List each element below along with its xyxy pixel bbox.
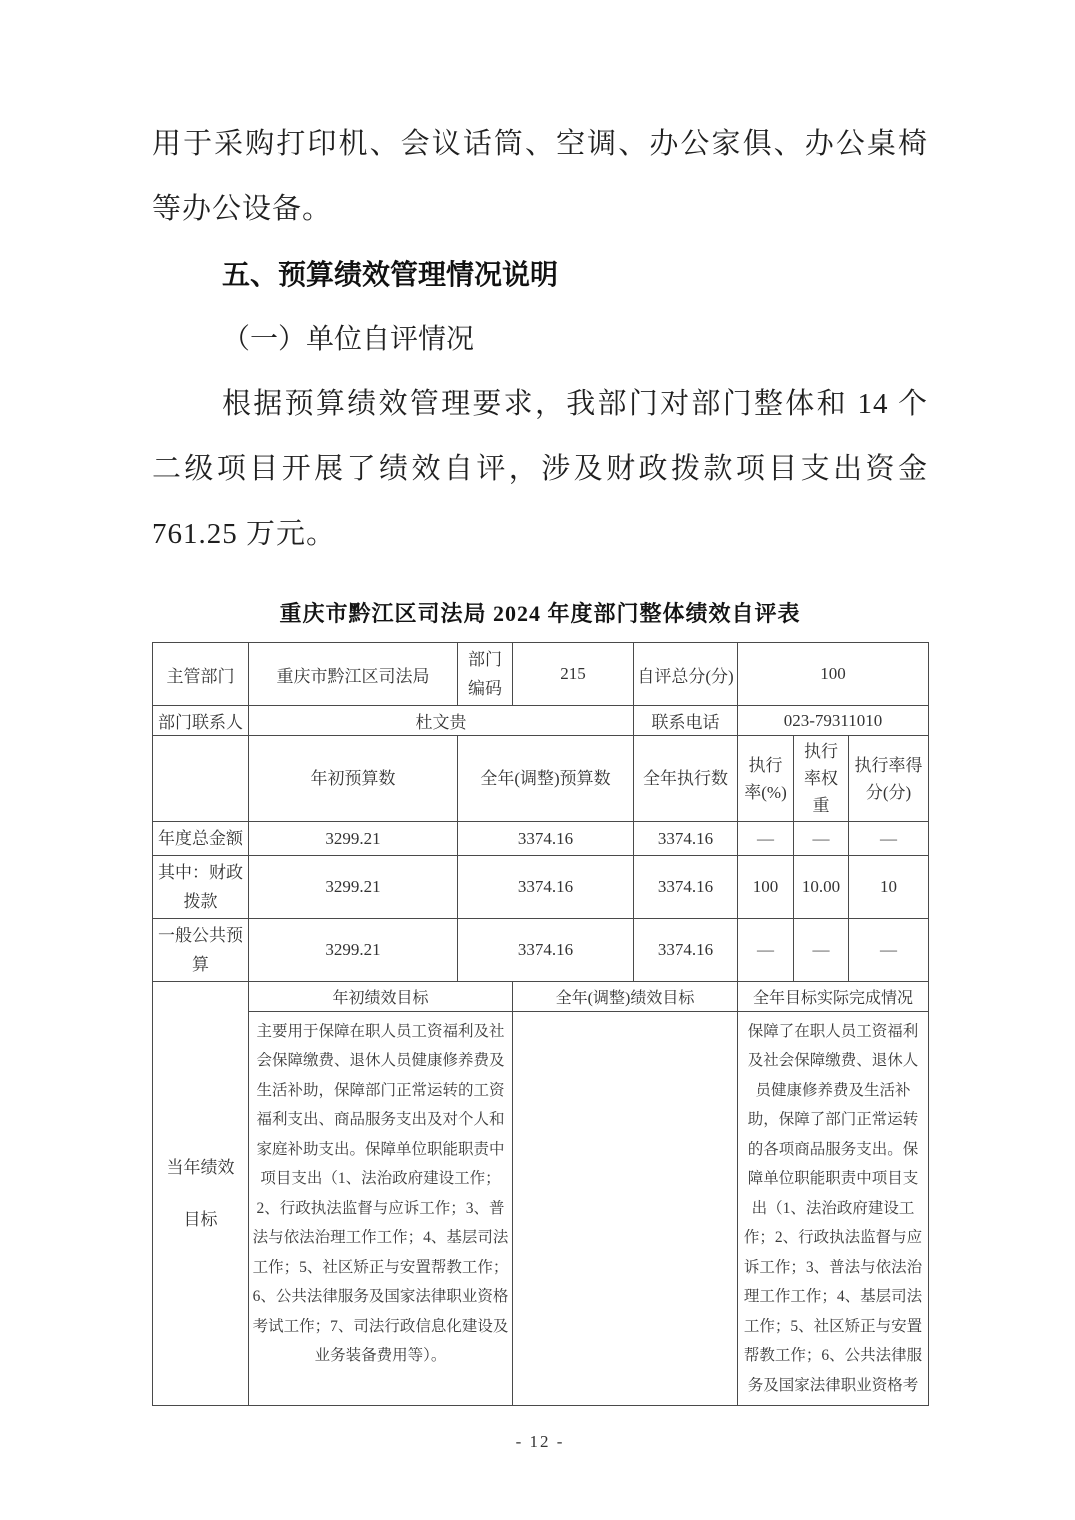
col-header-initial: 年初预算数 xyxy=(249,736,458,822)
goal-initial-text: 主要用于保障在职人员工资福利及社会保障缴费、退休人员健康修养费及生活补助，保障部… xyxy=(252,1017,509,1401)
total-weight: — xyxy=(794,822,849,856)
public-score: — xyxy=(849,919,929,982)
fiscal-rate: 100 xyxy=(738,856,794,919)
page-content: 用于采购打印机、会议话筒、空调、办公家俱、办公桌椅等办公设备。 五、预算绩效管理… xyxy=(152,0,928,1452)
table-row: 主管部门 重庆市黔江区司法局 部门编码 215 自评总分(分) 100 xyxy=(153,643,929,706)
goal-adjusted-text xyxy=(516,1017,734,1401)
goal-header-adjusted: 全年(调整)绩效目标 xyxy=(513,982,738,1012)
table-row: 部门联系人 杜文贵 联系电话 023-79311010 xyxy=(153,706,929,736)
fiscal-score: 10 xyxy=(849,856,929,919)
phone-value: 023-79311010 xyxy=(738,706,929,736)
public-weight: — xyxy=(794,919,849,982)
total-initial: 3299.21 xyxy=(249,822,458,856)
total-adjusted: 3374.16 xyxy=(458,822,634,856)
contact-value: 杜文贵 xyxy=(249,706,634,736)
goal-initial-text-cell: 主要用于保障在职人员工资福利及社会保障缴费、退休人员健康修养费及生活补助，保障部… xyxy=(249,1012,513,1406)
row-label-public: 一般公共预算 xyxy=(153,919,249,982)
col-header-rate-score: 执行率得分(分) xyxy=(849,736,929,822)
row-label-fiscal: 其中：财政拨款 xyxy=(153,856,249,919)
public-initial: 3299.21 xyxy=(249,919,458,982)
empty-cell xyxy=(153,736,249,822)
fiscal-initial: 3299.21 xyxy=(249,856,458,919)
table-header-row: 当年绩效目标 年初绩效目标 全年(调整)绩效目标 全年目标实际完成情况 xyxy=(153,982,929,1012)
score-label: 自评总分(分) xyxy=(634,643,738,706)
dept-value: 重庆市黔江区司法局 xyxy=(249,643,458,706)
fiscal-adjusted: 3374.16 xyxy=(458,856,634,919)
document-page: 用于采购打印机、会议话筒、空调、办公家俱、办公桌椅等办公设备。 五、预算绩效管理… xyxy=(0,0,1075,1520)
table-header-row: 年初预算数 全年(调整)预算数 全年执行数 执行率(%) 执行率权重 执行率得分… xyxy=(153,736,929,822)
paragraph-continuation: 用于采购打印机、会议话筒、空调、办公家俱、办公桌椅等办公设备。 xyxy=(152,112,928,242)
table-row: 一般公共预算 3299.21 3374.16 3374.16 — — — xyxy=(153,919,929,982)
public-executed: 3374.16 xyxy=(634,919,738,982)
total-rate: — xyxy=(738,822,794,856)
table-row: 主要用于保障在职人员工资福利及社会保障缴费、退休人员健康修养费及生活补助，保障部… xyxy=(153,1012,929,1406)
goal-actual-text-cell: 保障了在职人员工资福利及社会保障缴费、退休人员健康修养费及生活补助，保障了部门正… xyxy=(738,1012,929,1406)
goal-row-label-text: 当年绩效目标 xyxy=(165,1142,237,1246)
table-row: 年度总金额 3299.21 3374.16 3374.16 — — — xyxy=(153,822,929,856)
fiscal-weight: 10.00 xyxy=(794,856,849,919)
paragraph-selfeval: 根据预算绩效管理要求，我部门对部门整体和 14 个二级项目开展了绩效自评，涉及财… xyxy=(152,372,928,567)
score-value: 100 xyxy=(738,643,929,706)
code-value: 215 xyxy=(513,643,634,706)
goal-row-label: 当年绩效目标 xyxy=(153,982,249,1406)
contact-label: 部门联系人 xyxy=(153,706,249,736)
row-label-total: 年度总金额 xyxy=(153,822,249,856)
total-executed: 3374.16 xyxy=(634,822,738,856)
fiscal-executed: 3374.16 xyxy=(634,856,738,919)
col-header-executed: 全年执行数 xyxy=(634,736,738,822)
goal-adjusted-text-cell xyxy=(513,1012,738,1406)
goal-header-actual: 全年目标实际完成情况 xyxy=(738,982,929,1012)
table-title: 重庆市黔江区司法局 2024 年度部门整体绩效自评表 xyxy=(152,597,928,628)
page-number: - 12 - xyxy=(152,1432,928,1452)
col-header-adjusted: 全年(调整)预算数 xyxy=(458,736,634,822)
dept-label: 主管部门 xyxy=(153,643,249,706)
public-rate: — xyxy=(738,919,794,982)
phone-label: 联系电话 xyxy=(634,706,738,736)
goal-actual-text: 保障了在职人员工资福利及社会保障缴费、退休人员健康修养费及生活补助，保障了部门正… xyxy=(741,1017,925,1401)
public-adjusted: 3374.16 xyxy=(458,919,634,982)
section-heading: 五、预算绩效管理情况说明 xyxy=(152,242,928,307)
goal-header-initial: 年初绩效目标 xyxy=(249,982,513,1012)
selfeval-table: 主管部门 重庆市黔江区司法局 部门编码 215 自评总分(分) 100 部门联系… xyxy=(152,642,929,1406)
table-row: 其中：财政拨款 3299.21 3374.16 3374.16 100 10.0… xyxy=(153,856,929,919)
col-header-weight: 执行率权重 xyxy=(794,736,849,822)
total-score: — xyxy=(849,822,929,856)
col-header-rate: 执行率(%) xyxy=(738,736,794,822)
subsection-heading: （一）单位自评情况 xyxy=(152,307,928,372)
code-label: 部门编码 xyxy=(458,643,513,706)
